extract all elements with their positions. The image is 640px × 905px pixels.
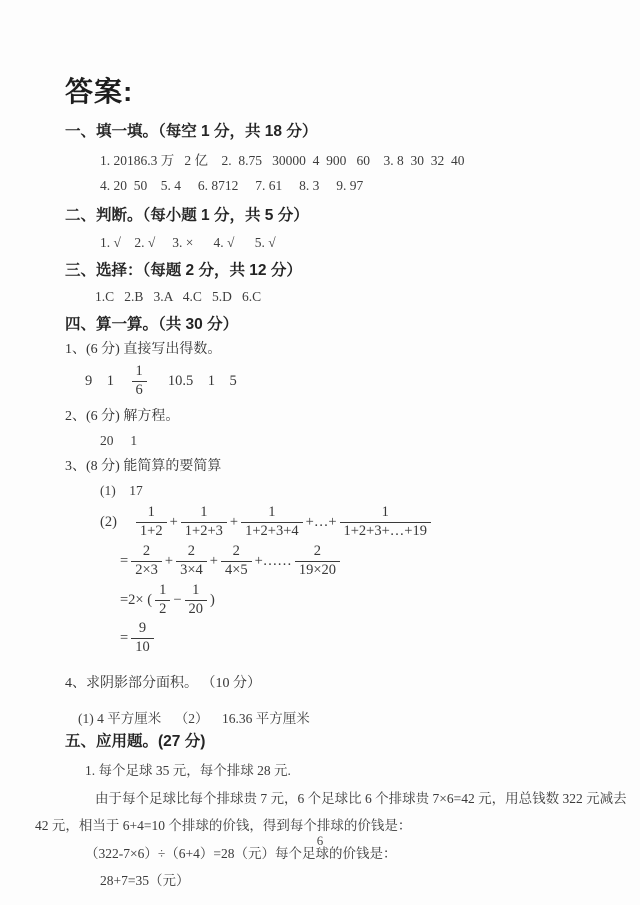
section-word-heading: 五、应用题。(27 分) xyxy=(65,732,600,753)
fill-answers-line-2: 4. 20 50 5. 4 6. 8712 7. 61 8. 3 9. 97 xyxy=(100,176,600,196)
calc-item3-sub1-answer: (1) 17 xyxy=(100,481,600,501)
calc-item4-answers: (1) 4 平方厘米 （2） 16.36 平方厘米 xyxy=(78,709,600,729)
section-choice-heading: 三、选择：（每题 2 分，共 12 分） xyxy=(65,261,600,282)
calc-item1-label: 1、(6 分) 直接写出得数。 xyxy=(65,340,600,360)
calc-item3-step-3: =910 xyxy=(120,619,600,658)
word-problem-line-1: 1. 每个足球 35 元，每个排球 28 元. xyxy=(85,761,600,781)
calc-item2-answers: 20 1 xyxy=(100,431,600,451)
calc-item1-answers: 9 1 16 10.5 1 5 xyxy=(85,362,600,401)
judge-answers-line: 1. √ 2. √ 3. × 4. √ 5. √ xyxy=(100,233,600,253)
word-problem-line-5: 28+7=35（元） xyxy=(100,871,600,891)
calc-item4-label: 4、求阴影部分面积。 （10 分） xyxy=(65,674,600,694)
calc-item3-sub2-label: (2) xyxy=(100,514,117,530)
word-problem-line-2: 由于每个足球比每个排球贵 7 元，6 个足球比 6 个排球贵 7×6=42 元，… xyxy=(95,789,600,809)
page-number: 6 xyxy=(0,833,640,849)
calc-item3-step-2: =2× (12−120) xyxy=(120,581,600,620)
section-fill-heading: 一、填一填。（每空 1 分，共 18 分） xyxy=(65,122,600,143)
calc-item3-label: 3、(8 分) 能简算的要简算 xyxy=(65,457,600,477)
page-title: 答案: xyxy=(65,70,600,110)
section-calc-heading: 四、算一算。（共 30 分） xyxy=(65,315,600,336)
calc-item3-step-1: =22×3+23×4+24×5+……219×20 xyxy=(120,542,600,581)
choice-answers-line: 1.C 2.B 3.A 4.C 5.D 6.C xyxy=(95,287,600,307)
calc-item3-sub2-math: 11+2+11+2+3+11+2+3+4+…+11+2+3+…+19 xyxy=(133,514,434,530)
answer-sheet-page: 答案: 一、填一填。（每空 1 分，共 18 分） 1. 20186.3 万 2… xyxy=(0,0,640,905)
calc-item3-sub2-expression: (2)11+2+11+2+3+11+2+3+4+…+11+2+3+…+19 xyxy=(100,503,600,542)
section-judge-heading: 二、判断。（每小题 1 分，共 5 分） xyxy=(65,206,600,227)
calc-item2-label: 2、(6 分) 解方程。 xyxy=(65,407,600,427)
fill-answers-line-1: 1. 20186.3 万 2 亿 2. 8.75 30000 4 900 60 … xyxy=(100,151,600,171)
